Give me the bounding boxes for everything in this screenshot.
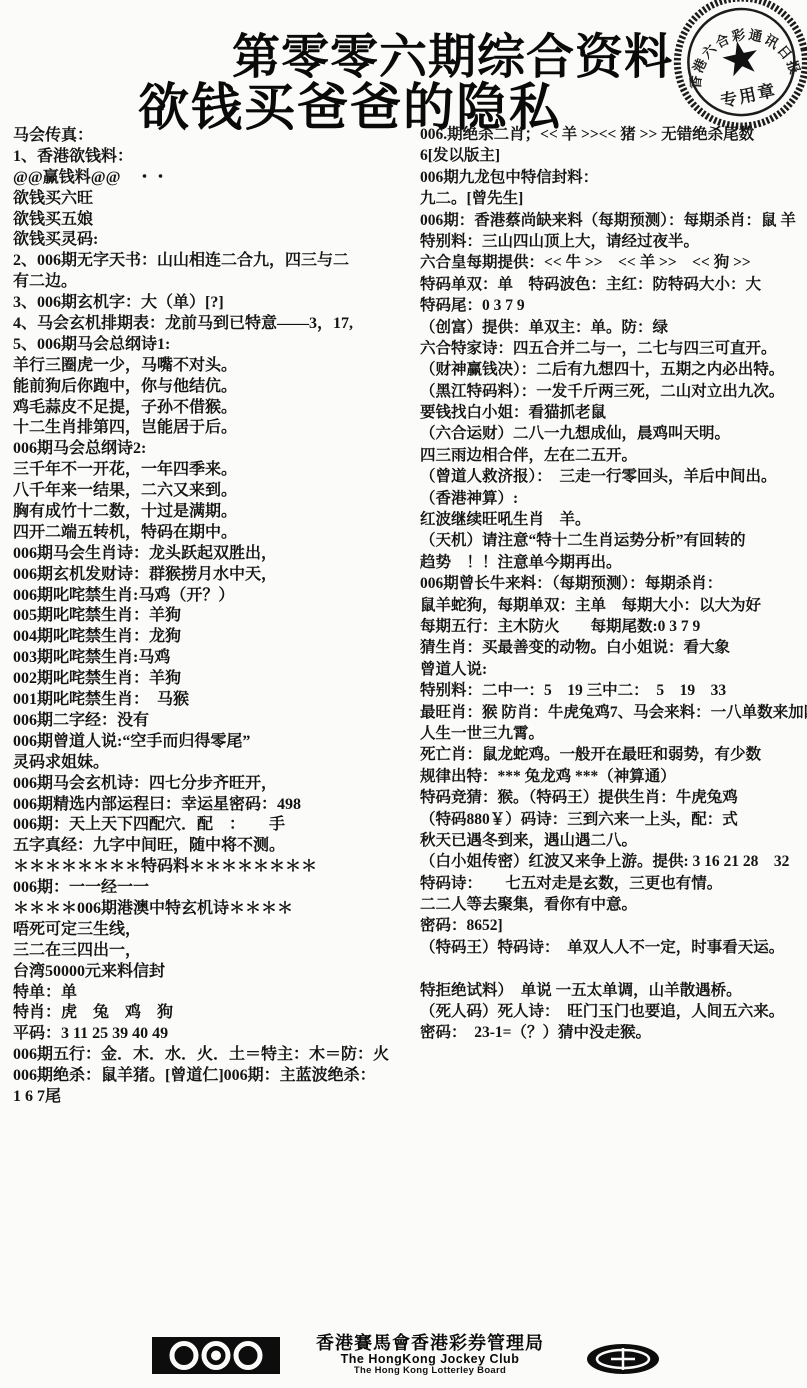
text-line: 特单：单 <box>13 983 417 1004</box>
text-line: 羊行三圈虎一少，马嘴不对头。 <box>13 356 417 377</box>
text-line: 002期叱咤禁生肖：羊狗 <box>13 669 417 690</box>
text-line: 马会传真： <box>13 126 417 147</box>
text-line: 死亡肖：鼠龙蛇鸡。一般开在最旺和弱势，有少数 <box>420 744 807 765</box>
text-line: 三二在三四出一， <box>13 941 417 962</box>
text-line: （黑江特码料）：一发千斤两三死，二山对立出九次。 <box>420 381 807 402</box>
text-line: @@赢钱料@@ ・・ <box>13 168 417 189</box>
text-line: 特别料：三山四山顶上大，请经过夜半。 <box>420 231 807 252</box>
lottery-board-logo <box>585 1342 661 1376</box>
text-line: 四三雨边相合伴，左在二五开。 <box>420 445 807 466</box>
text-line: 欲钱买六旺 <box>13 189 417 210</box>
text-line: （天机）请注意“特十二生肖运势分析”有回转的 <box>420 530 807 551</box>
text-line: 003期叱咤禁生肖:马鸡 <box>13 648 417 669</box>
text-line: 006期叱咤禁生肖:马鸡（开？） <box>13 586 417 607</box>
scanned-lottery-sheet: 第零零六期综合资料 欲钱买爸爸的隐私 香港六合彩通讯日报社 ★ 专用章 马会传真… <box>0 0 807 1388</box>
text-line: （死人码）死人诗： 旺门玉门也要追，人间五六来。 <box>420 1001 807 1022</box>
text-line: 006期：一一经一一 <box>13 878 417 899</box>
right-text-column: 006.期绝杀二肖；<< 羊 >><< 猪 >> 无错绝杀尾数6[发以版主]00… <box>420 124 807 1044</box>
text-line: 006.期绝杀二肖；<< 羊 >><< 猪 >> 无错绝杀尾数 <box>420 124 807 145</box>
footer-org-english-2: The Hong Kong Lotterley Board <box>280 1366 580 1376</box>
text-line: 特码尾：0 3 7 9 <box>420 295 807 316</box>
text-line: 2、006期无字天书：山山相连二合九，四三与二 <box>13 251 417 272</box>
text-line: 曾道人说: <box>420 659 807 680</box>
text-line: 每期五行：主木防火 每期尾数:0 3 7 9 <box>420 616 807 637</box>
text-line: 唔死可定三生线， <box>13 920 417 941</box>
text-line: 密码：8652] <box>420 915 807 936</box>
text-line: 006期马会总纲诗2: <box>13 439 417 460</box>
text-line: 004期叱咤禁生肖：龙狗 <box>13 627 417 648</box>
text-line: 006期曾长牛来料：（每期预测）：每期杀肖： <box>420 573 807 594</box>
text-line: 有二边。 <box>13 272 417 293</box>
text-line: 二二人等去聚集，看你有中意。 <box>420 894 807 915</box>
text-line: ＊＊＊＊006期港澳中特玄机诗＊＊＊＊ <box>13 899 417 920</box>
text-line: 特码竞猜：猴。（特码王）提供生肖：牛虎兔鸡 <box>420 787 807 808</box>
text-line: （创富）提供：单双主：单。防：绿 <box>420 317 807 338</box>
text-line: （财神赢钱决）：二后有九想四十，五期之内必出特。 <box>420 359 807 380</box>
text-line: 密码： 23-1=（？）猜中没走猴。 <box>420 1022 807 1043</box>
text-line: 鸡毛蒜皮不足提，子孙不借猴。 <box>13 398 417 419</box>
text-line: 要钱找白小姐：看猫抓老鼠 <box>420 402 807 423</box>
text-line: （六合运财）二八一九想成仙，晨鸡叫天明。 <box>420 423 807 444</box>
text-line: 红波继续旺吼生肖 羊。 <box>420 509 807 530</box>
text-line: 006期五行：金．木．水．火．土＝特主：木＝防：火 <box>13 1045 417 1066</box>
text-line: 005期叱咤禁生肖：羊狗 <box>13 606 417 627</box>
text-line: 六合特家诗：四五合并二与一，二七与四三可直开。 <box>420 338 807 359</box>
text-line: 006期：天上天下四配穴．配 ： 手 <box>13 815 417 836</box>
text-line: 特拒绝试料） 单说 一五太单调，山羊散遇桥。 <box>420 980 807 1001</box>
text-line: 特码诗： 七五对走是玄数，三更也有情。 <box>420 873 807 894</box>
text-line: 4、马会玄机排期表：龙前马到已特意——3，17, <box>13 314 417 335</box>
text-line: 5、006期马会总纲诗1: <box>13 335 417 356</box>
text-line: 能前狗后你跑中，你与他结伉。 <box>13 377 417 398</box>
text-line: 006期绝杀：鼠羊猪。[曾道仁]006期：主蓝波绝杀： <box>13 1066 417 1087</box>
text-line: 九二。[曾先生] <box>420 188 807 209</box>
text-line: 平码：3 11 25 39 40 49 <box>13 1024 417 1045</box>
text-line: 八千年来一结果，二六又来到。 <box>13 481 417 502</box>
text-line: 趋势 ！！注意单今期再出。 <box>420 552 807 573</box>
text-line <box>420 958 807 979</box>
text-line: 人生一世三九霄。 <box>420 723 807 744</box>
text-line: 十二生肖排第四，岂能居于后。 <box>13 418 417 439</box>
text-line: 秋天已遇冬到来，遇山遇二八。 <box>420 830 807 851</box>
text-line: 006期马会玄机诗：四七分步齐旺开， <box>13 774 417 795</box>
text-line: 006期精选内部运程曰：幸运星密码：498 <box>13 795 417 816</box>
text-line: 台湾50000元来料信封 <box>13 962 417 983</box>
jockey-club-logo <box>152 1337 280 1374</box>
text-line: 规律出特：*** 兔龙鸡 ***（神算通） <box>420 766 807 787</box>
text-line: 六合皇每期提供：<< 牛 >> << 羊 >> << 狗 >> <box>420 252 807 273</box>
text-line: 猜生肖：买最善变的动物。白小姐说：看大象 <box>420 637 807 658</box>
text-line: 特肖：虎 兔 鸡 狗 <box>13 1003 417 1024</box>
text-line: 1、香港欲钱料： <box>13 147 417 168</box>
text-line: （香港神算）: <box>420 488 807 509</box>
text-line: 006期九龙包中特信封料： <box>420 167 807 188</box>
text-line: 胸有成竹十二数，十过是满期。 <box>13 502 417 523</box>
text-line: 001期叱咤禁生肖： 马猴 <box>13 690 417 711</box>
text-line: 006期玄机发财诗：群猴捞月水中天， <box>13 565 417 586</box>
text-line: 006期：香港蔡尚缺来料（每期预测）：每期杀肖：鼠 羊 <box>420 210 807 231</box>
text-line: 特码单双：单 特码波色：主红：防特码大小：大 <box>420 274 807 295</box>
text-line: 鼠羊蛇狗，每期单双：主单 每期大小：以大为好 <box>420 595 807 616</box>
footer: 香港賽馬會香港彩券管理局 The HongKong Jockey Club Th… <box>0 1330 807 1388</box>
text-line: （特码王）特码诗： 单双人人不一定，时事看天运。 <box>420 937 807 958</box>
text-line: 特别料：二中一：5 19 三中二： 5 19 33 <box>420 680 807 701</box>
text-line: 灵码求姐妹。 <box>13 753 417 774</box>
text-line: 1 6 7尾 <box>13 1087 417 1108</box>
text-line: 五字真经：九字中间旺，随中将不测。 <box>13 836 417 857</box>
text-line: 四开二端五转机，特码在期中。 <box>13 523 417 544</box>
text-line: 6[发以版主] <box>420 145 807 166</box>
text-line: 006期马会生肖诗：龙头跃起双胜出， <box>13 544 417 565</box>
text-line: ＊＊＊＊＊＊＊＊特码料＊＊＊＊＊＊＊＊ <box>13 857 417 878</box>
text-line: 欲钱买灵码: <box>13 230 417 251</box>
text-line: （特码880￥）码诗：三到六来一上头，配：式 <box>420 809 807 830</box>
text-line: （白小姐传密）红波又来争上游。提供: 3 16 21 28 32 <box>420 851 807 872</box>
footer-text-block: 香港賽馬會香港彩券管理局 The HongKong Jockey Club Th… <box>280 1334 580 1376</box>
text-line: 006期二字经：没有 <box>13 711 417 732</box>
text-line: 006期曾道人说:“空手而归得零尾” <box>13 732 417 753</box>
text-line: 最旺肖：猴 防肖：牛虎兔鸡7、马会来料：一八单数来加四， <box>420 702 807 723</box>
text-line: 三千年不一开花，一年四季来。 <box>13 460 417 481</box>
text-line: 3、006期玄机字：大（单）[?] <box>13 293 417 314</box>
text-line: （曾道人救济报）： 三走一行零回头，羊后中间出。 <box>420 466 807 487</box>
footer-org-chinese: 香港賽馬會香港彩券管理局 <box>280 1334 580 1353</box>
left-text-column: 马会传真：1、香港欲钱料：@@赢钱料@@ ・・欲钱买六旺欲钱买五娘欲钱买灵码:2… <box>13 126 417 1108</box>
text-line: 欲钱买五娘 <box>13 210 417 231</box>
